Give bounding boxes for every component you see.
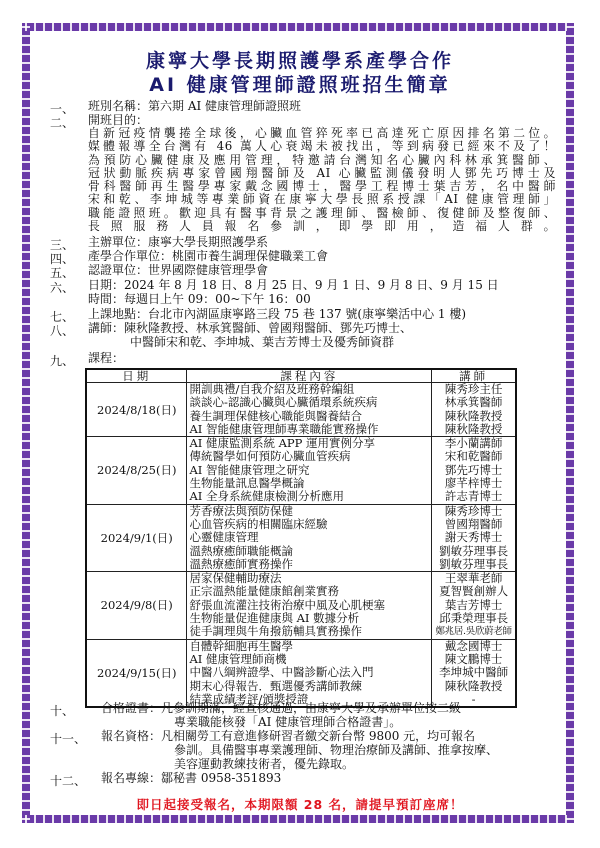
row-teacher: 陳秀珍主任 林承箕醫師 陳秋隆教授 陳秋隆教授 <box>432 383 516 437</box>
certificate-line2: 專業職能核發「AI 健康管理師合格證書」。 <box>174 716 401 729</box>
course-item: 舒張血流灌注技術治療中風及心肌梗塞 <box>189 599 429 612</box>
row-date: 2024/9/8(日) <box>86 572 187 639</box>
table-row: 2024/8/18(日) 開訓典禮/自我介紹及班務幹編組 談談心-認識心臟與心臟… <box>86 383 516 437</box>
teacher-item: 陳秀珍博士 <box>434 505 513 518</box>
course-item: 開訓典禮/自我介紹及班務幹編組 <box>189 383 429 396</box>
certificate-line1: 合格證書：凡參訓期滿，經查核通過，由康寧大學及承辦單位按二級 <box>101 702 461 715</box>
course-item: 居家保健輔助療法 <box>189 572 429 585</box>
course-item: AI 智能健康管理師專業職能實務操作 <box>189 423 429 436</box>
teacher-item: 葉吉芳博士 <box>434 599 513 612</box>
class-name: 班別名稱：第六期 AI 健康管理師證照班 <box>88 100 301 113</box>
registration-notice: 即日起接受報名，本期限額 28 名，請提早預訂座席！ <box>0 795 600 813</box>
course-item: 芳香療法與預防保健 <box>189 505 429 518</box>
course-item: 溫熱療癒師實務操作 <box>189 558 429 571</box>
purpose-text: 自新冠疫情襲捲全球後，心臟血管猝死率已高達死亡原因排名第二位。 媒體報導全台灣有… <box>88 127 556 233</box>
table-row: 2024/9/15(日) 自體幹細胞再生醫學 AI 健康管理師商機 中醫八綱辨證… <box>86 639 516 707</box>
course-item: AI 健康監測系統 APP 運用實例分享 <box>189 437 429 450</box>
registration-hotline: 報名專線：鄒秘書 0958-351893 <box>101 772 281 785</box>
page-title-line1: 康寧大學長期照護學系產學合作 <box>0 46 600 73</box>
row-content: 開訓典禮/自我介紹及班務幹編組 談談心-認識心臟與心臟循環系統疾病 養生調理保健… <box>187 383 432 437</box>
course-item: 溫熱療癒師職能概論 <box>189 545 429 558</box>
purpose-line: 職能證照班。歡迎具有醫事背景之護理師、醫檢師、復健師及整復師、 <box>88 207 556 220</box>
teacher-item: 曾國翔醫師 <box>434 518 513 531</box>
course-item: 心靈健康管理 <box>189 531 429 544</box>
course-item: 徒手調理與牛角撥筋輔具實務操作 <box>189 625 429 638</box>
row-date: 2024/8/18(日) <box>86 383 187 437</box>
row-content: AI 健康監測系統 APP 運用實例分享 傳統醫學如何預防心臟血管疾病 AI 智… <box>187 437 432 504</box>
course-item: 養生調理保健核心職能與醫養結合 <box>189 410 429 423</box>
table-row: 2024/8/25(日) AI 健康監測系統 APP 運用實例分享 傳統醫學如何… <box>86 437 516 504</box>
header-content: 課程內容 <box>187 369 432 383</box>
section-9-number: 九、 <box>50 352 74 369</box>
course-item: 談談心-認識心臟與心臟循環系統疾病 <box>189 396 429 409</box>
purpose-line: 骨科醫師再生醫學專家戴念國博士，醫學工程博士葉吉芳，名中醫師 <box>88 180 556 193</box>
course-item: 生物能量訊息醫學概論 <box>189 477 429 490</box>
section-12-number: 十二、 <box>50 772 86 789</box>
eligibility-line2: 參訓。具備醫事專業護理師、物理治療師及講師、推拿按摩、 <box>174 744 498 757</box>
schedule-dates: 日期：2024 年 8 月 18 日、8 月 25 日、9 月 1 日、9 月 … <box>88 279 499 292</box>
teacher-item: 廖芊梓博士 <box>434 477 513 490</box>
course-item: AI 健康管理師商機 <box>189 653 429 666</box>
purpose-line: 冠狀動脈疾病專家曾國翔醫師及 AI 心臟監測儀發明人鄧先巧博士及 <box>88 167 556 180</box>
row-content: 芳香療法與預防保健 心血管疾病的相關臨床經驗 心靈健康管理 溫熱療癒師職能概論 … <box>187 504 432 571</box>
teacher-item: 宋和乾醫師 <box>434 450 513 463</box>
header-date: 日期 <box>86 369 187 383</box>
organizer: 主辦單位：康寧大學長期照護學系 <box>88 236 268 249</box>
section-6-number: 六、 <box>50 279 74 296</box>
certifier: 認證單位：世界國際健康管理學會 <box>88 264 268 277</box>
course-label: 課程： <box>88 352 124 365</box>
course-item: 生物能量促進健康與 AI 數據分析 <box>189 612 429 625</box>
course-item: 期末心得報告．甄選優秀講師教練 <box>189 680 429 693</box>
table-row: 2024/9/8(日) 居家保健輔助療法 正宗溫熱能量健康館創業實務 舒張血流灌… <box>86 572 516 639</box>
teacher-item: 邱秉榮理事長 <box>434 612 513 625</box>
purpose-line: 自新冠疫情襲捲全球後，心臟血管猝死率已高達死亡原因排名第二位。 <box>88 127 556 140</box>
course-item: 正宗溫熱能量健康館創業實務 <box>189 585 429 598</box>
teacher-item: 鄧先巧博士 <box>434 464 513 477</box>
teacher-item: 戴念國博士 <box>434 640 513 653</box>
partner: 產學合作單位：桃園市養生調理保健職業工會 <box>88 250 328 263</box>
eligibility-line3: 美容運動教練技術者，優先錄取。 <box>174 758 354 771</box>
schedule-time: 時間：每週日上午 09：00~下午 16：00 <box>88 293 311 306</box>
teacher-item: 王翠華老師 <box>434 572 513 585</box>
row-date: 2024/8/25(日) <box>86 437 187 504</box>
teacher-item: 陳秋隆教授 <box>434 423 513 436</box>
teacher-item: 許志青博士 <box>434 490 513 503</box>
section-8-number: 八、 <box>50 322 74 339</box>
row-teacher: 戴念國博士 陳文鵬博士 李坤城中醫師 陳秋隆教授 - <box>432 639 516 707</box>
purpose-line: 為預防心臟健康及應用管理，特邀請台灣知名心臟內科林承箕醫師、 <box>88 154 556 167</box>
course-item: AI 全身系統健康檢測分析應用 <box>189 490 429 503</box>
teacher-item: 劉敏芬理事長 <box>434 558 513 571</box>
teacher-item: 林承箕醫師 <box>434 396 513 409</box>
section-11-number: 十一、 <box>50 730 86 747</box>
location: 上課地點：台北市內湖區康寧路三段 75 巷 137 號(康寧樂活中心 1 樓) <box>88 308 466 321</box>
page-title-line2: AI 健康管理師證照班招生簡章 <box>0 70 600 97</box>
row-date: 2024/9/15(日) <box>86 639 187 707</box>
teacher-item: 夏智賢創辦人 <box>434 585 513 598</box>
teacher-item: 陳文鵬博士 <box>434 653 513 666</box>
section-2-number: 二、 <box>50 114 74 131</box>
row-date: 2024/9/1(日) <box>86 504 187 571</box>
course-item: 心血管疾病的相關臨床經驗 <box>189 518 429 531</box>
course-table: 日期 課程內容 講師 2024/8/18(日) 開訓典禮/自我介紹及班務幹編組 … <box>85 368 517 708</box>
row-content: 自體幹細胞再生醫學 AI 健康管理師商機 中醫八綱辨證學、中醫診斷心法入門 期末… <box>187 639 432 707</box>
teacher-item: 謝天秀博士 <box>434 531 513 544</box>
purpose-line: 媒體報導全台灣有 46 萬人心衰竭未被找出，等到病發已經來不及了！ <box>88 140 556 153</box>
purpose-line: 長 照 服 務 人 員 報 名 參 訓 ， 即 學 即 用 ， 造 福 人 群 … <box>88 220 556 233</box>
teacher-item: 李坤城中醫師 <box>434 666 513 679</box>
row-content: 居家保健輔助療法 正宗溫熱能量健康館創業實務 舒張血流灌注技術治療中風及心肌梗塞… <box>187 572 432 639</box>
row-teacher: 陳秀珍博士 曾國翔醫師 謝天秀博士 劉敏芬理事長 劉敏芬理事長 <box>432 504 516 571</box>
teacher-item: 陳秀珍主任 <box>434 383 513 396</box>
course-item: 中醫八綱辨證學、中醫診斷心法入門 <box>189 666 429 679</box>
section-10-number: 十、 <box>50 702 74 719</box>
course-item: AI 智能健康管理之研究 <box>189 464 429 477</box>
teacher-item: 李小蘭講師 <box>434 437 513 450</box>
row-teacher: 王翠華老師 夏智賢創辦人 葉吉芳博士 邱秉榮理事長 鄭兆居.吳欣蔚老師 <box>432 572 516 639</box>
course-item: 傳統醫學如何預防心臟血管疾病 <box>189 450 429 463</box>
instructors-line2: 中醫師宋和乾、李坤城、葉吉芳博士及優秀師資群 <box>130 336 394 349</box>
row-teacher: 李小蘭講師 宋和乾醫師 鄧先巧博士 廖芊梓博士 許志青博士 <box>432 437 516 504</box>
header-teacher: 講師 <box>432 369 516 383</box>
teacher-item: 陳秋隆教授 <box>434 410 513 423</box>
table-row: 2024/9/1(日) 芳香療法與預防保健 心血管疾病的相關臨床經驗 心靈健康管… <box>86 504 516 571</box>
teacher-item: 陳秋隆教授 <box>434 680 513 693</box>
eligibility-line1: 報名資格：凡相關勞工有意進修研習者繳交新台幣 9800 元，均可報名 <box>101 730 475 743</box>
instructors-line1: 講師：陳秋隆教授、林承箕醫師、曾國翔醫師、鄧先巧博士、 <box>88 322 412 335</box>
purpose-line: 宋和乾、李坤城等專業師資在康寧大學長照系授課「AI 健康管理師」 <box>88 193 556 206</box>
teacher-item: 劉敏芬理事長 <box>434 545 513 558</box>
teacher-item: 鄭兆居.吳欣蔚老師 <box>434 625 513 638</box>
course-item: 自體幹細胞再生醫學 <box>189 640 429 653</box>
